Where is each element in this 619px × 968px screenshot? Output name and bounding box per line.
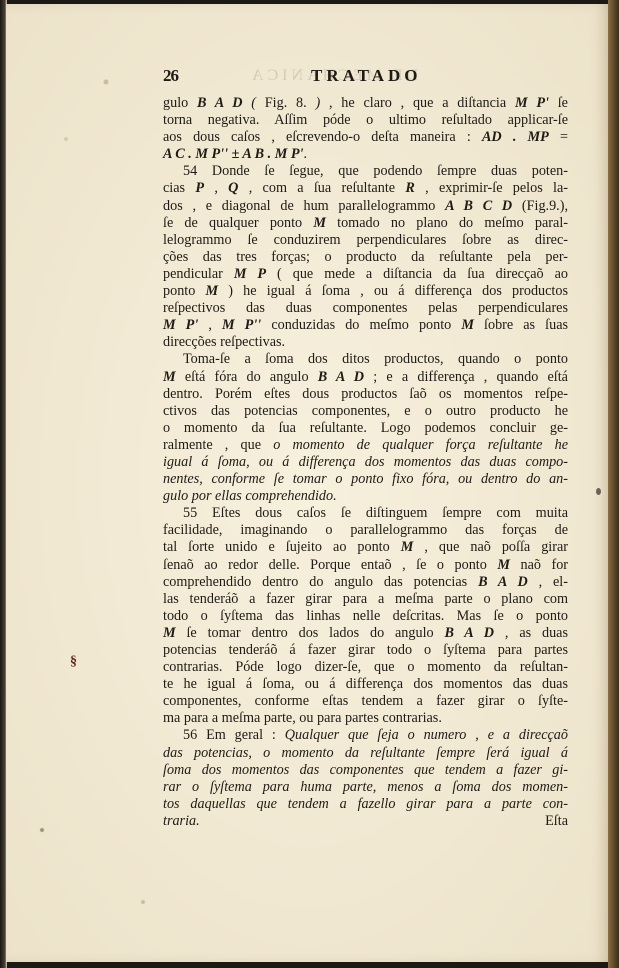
text-line: aos dous caſos , eſcrevendo-o deſta mane… [163,129,568,146]
text-line: gulo B A D ( Fig. 8. ) , he claro , que … [163,95,568,112]
text-line: tos daquellas que tendem a fazello girar… [163,796,568,813]
text-line: componentes, conforme eſtas tendem a faz… [163,693,568,710]
text-line: ções das tres forças; o producto da reſu… [163,249,568,266]
text-line: te he igual á ſoma, ou á differença dos … [163,676,568,693]
text-line: torna negativa. Aſſim póde o ultimo reſu… [163,112,568,129]
text-line: ſe de qualquer ponto M tomado no plano d… [163,215,568,232]
text-line: contrarias. Póde logo dizer-ſe, que o mo… [163,659,568,676]
text-line: tal ſorte unido e ſujeito ao ponto M , q… [163,539,568,556]
page-right-edge [608,0,619,968]
margin-mark: § [70,654,77,670]
text-line: dos , e diagonal de hum parallelogrammo … [163,198,568,215]
text-line: ponto M ) he igual á ſoma , ou á differe… [163,283,568,300]
text-line: las tenderáõ a fazer girar para a meſma … [163,591,568,608]
text-line: o momento da ſua reſultante. Logo podemo… [163,420,568,437]
margin-dot [596,488,601,495]
text-line: Toma-ſe a ſoma dos ditos productos, quan… [163,351,568,368]
section-55-start: 55 Eſtes dous caſos ſe diſtinguem ſempre… [163,505,568,522]
section-56-start: 56 Em geral : Qualquer que ſeja o numero… [163,727,568,744]
text-line: ſoma dos momentos das componentes que te… [163,762,568,779]
text-line: A C . M P'' ± A B . M P'. [163,146,568,163]
text-line: comprehendido dentro do angulo das poten… [163,574,568,591]
text-line: M ſe tomar dentro dos lados do angulo B … [163,625,568,642]
text-line: rar o ſyſtema para huma parte, menos a ſ… [163,779,568,796]
section-54-start: 54 Donde ſe ſegue, que podendo ſempre du… [163,163,568,180]
page-header: 26 DE MECHANICA TRATADO [163,66,568,88]
text-line: pendicular M P ( que mede a diſtancia da… [163,266,568,283]
running-title: TRATADO [311,66,422,86]
page-number: 26 [163,66,178,86]
text-line: gulo por ellas comprehendido. [163,488,568,505]
text-line: ralmente , que o momento de qualquer for… [163,437,568,454]
text-line: facilidade, imaginando o parallelogrammo… [163,522,568,539]
text-line: dentro. Porém eſtes dous productos ſaõ o… [163,386,568,403]
text-line: potencias tenderáõ á fazer girar todo o … [163,642,568,659]
text-line: cias P , Q , com a ſua reſultante R , ex… [163,180,568,197]
text-line: nentes, conforme ſe tomar o ponto fixo f… [163,471,568,488]
text-line: ctivos das potencias componentes, e o ou… [163,403,568,420]
text-line: M P' , M P'' conduzidas do meſmo ponto M… [163,317,568,334]
text-line: reſpectivos das duas componentes pelas p… [163,300,568,317]
text-line: direcções reſpectivas. [163,334,568,351]
text-line: ma para a meſma parte, ou para partes co… [163,710,568,727]
text-line: igual á ſoma, ou á differença dos moment… [163,454,568,471]
text-line: todo o ſyſtema das linhas nelle deſcrita… [163,608,568,625]
text-line: M eſtá fóra do angulo B A D ; e a differ… [163,369,568,386]
body-text: gulo B A D ( Fig. 8. ) , he claro , que … [163,95,568,830]
catchword: Eſta [163,813,568,830]
text-line: ſenaõ ao redor delle. Porque entaõ , ſe … [163,557,568,574]
text-line: lelogrammo ſe conduzirem perpendiculares… [163,232,568,249]
text-line: das potencias, o momento da reſultante ſ… [163,745,568,762]
